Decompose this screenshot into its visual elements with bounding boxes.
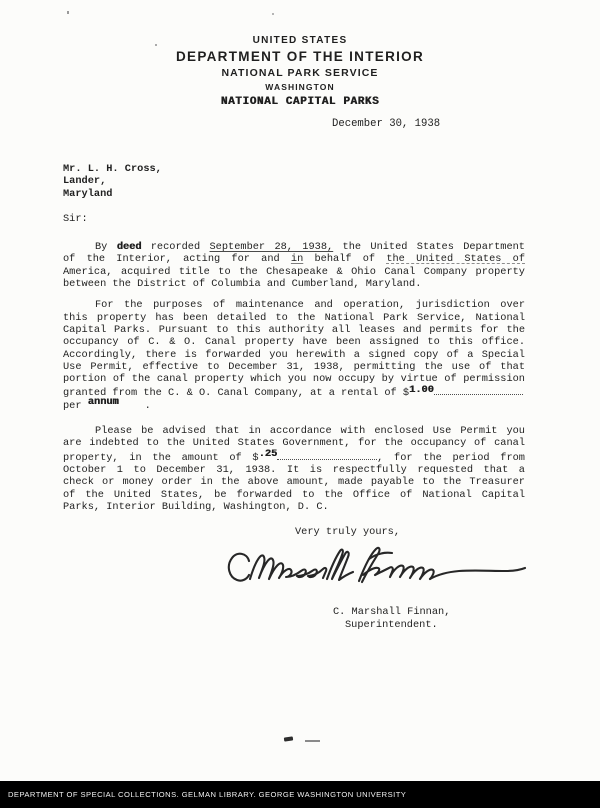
typed-line: Please be advised that in accordance wit… [63, 425, 525, 437]
typed-line-amount: property, in the amount of $.25, for the… [63, 450, 525, 464]
scan-speck [67, 11, 69, 14]
typed-line: of the Interior, acting for and in behal… [63, 253, 525, 265]
typed-line-per-annum: per annum. [63, 400, 525, 412]
raised-amount-25: .25 [259, 448, 278, 460]
text-run: , for the period from [377, 452, 525, 464]
text-run: property, in the amount of $ [63, 452, 259, 464]
typed-line: Accordingly, there is forwarded you here… [63, 349, 525, 361]
typed-line: between the District of Columbia and Cum… [63, 278, 525, 290]
text-run: per [63, 400, 88, 412]
typed-line: October 1 to December 31, 1938. It is re… [63, 464, 525, 476]
letterhead-park-service: NATIONAL PARK SERVICE [0, 67, 600, 79]
overtyped-word-deed: deed [117, 241, 142, 253]
typed-line: Use Permit, effective to December 31, 19… [63, 361, 525, 373]
pencil-marked-run: the United States of [386, 253, 525, 265]
paragraph-2: For the purposes of maintenance and oper… [63, 299, 525, 412]
letterhead-washington: WASHINGTON [0, 82, 600, 92]
recipient-state: Maryland [63, 188, 525, 200]
typed-line: check or money order in the above amount… [63, 476, 525, 488]
archive-credit-text: DEPARTMENT OF SPECIAL COLLECTIONS. GELMA… [8, 790, 406, 799]
paragraph-3: Please be advised that in accordance wit… [63, 425, 525, 513]
closing-phrase: Very truly yours, [63, 526, 525, 538]
scan-speck [272, 13, 274, 15]
recipient-block: Mr. L. H. Cross, Lander, Maryland [63, 163, 525, 200]
ink-smudge [284, 736, 293, 741]
text-run: the United States Department [333, 241, 525, 253]
text-run: recorded [141, 241, 209, 253]
paragraph-1: By deed recorded September 28, 1938, the… [63, 241, 525, 290]
handwritten-signature [223, 543, 535, 597]
salutation: Sir: [63, 213, 525, 225]
recipient-town: Lander, [63, 175, 525, 187]
typed-line: portion of the canal property which you … [63, 373, 525, 385]
dotted-leader [434, 385, 523, 395]
text-run: By [95, 241, 117, 253]
trailing-period: . [145, 400, 151, 412]
typed-line: America, acquired title to the Chesapeak… [63, 266, 525, 278]
archive-credit-bar: DEPARTMENT OF SPECIAL COLLECTIONS. GELMA… [0, 781, 600, 808]
raised-rental-amount: 1.00 [409, 384, 434, 396]
signer-block: C. Marshall Finnan, Superintendent. [333, 606, 525, 631]
typed-line: For the purposes of maintenance and oper… [63, 299, 525, 311]
underlined-date: September 28, 1938, [210, 241, 334, 253]
raised-word-annum: annum [88, 396, 119, 408]
text-run: behalf of [303, 253, 386, 265]
typed-line: occupancy of C. & O. Canal property have… [63, 336, 525, 348]
signer-name: C. Marshall Finnan, [333, 606, 525, 618]
letterhead-national-capital-parks: NATIONAL CAPITAL PARKS [0, 96, 600, 108]
date-line: December 30, 1938 [332, 118, 600, 130]
text-run: of the Interior, acting for and [63, 253, 291, 265]
letterhead: UNITED STATES DEPARTMENT OF THE INTERIOR… [0, 0, 600, 108]
dotted-leader [277, 450, 377, 460]
letterhead-department: DEPARTMENT OF THE INTERIOR [0, 49, 600, 64]
typed-line-rental: granted from the C. & O. Canal Company, … [63, 385, 525, 399]
signer-title: Superintendent. [333, 619, 525, 631]
typed-line: this property has been detailed to the N… [63, 312, 525, 324]
pencil-underlined-word: in [291, 253, 303, 265]
scan-speck [155, 44, 157, 46]
recipient-name: Mr. L. H. Cross, [63, 163, 525, 175]
letterhead-united-states: UNITED STATES [0, 35, 600, 46]
letter-page: UNITED STATES DEPARTMENT OF THE INTERIOR… [0, 0, 600, 808]
typed-line: of the United States, be forwarded to th… [63, 489, 525, 501]
typed-line: By deed recorded September 28, 1938, the… [63, 241, 525, 253]
letter-body: Mr. L. H. Cross, Lander, Maryland Sir: B… [63, 163, 525, 631]
pencil-dash-mark [305, 740, 320, 742]
typed-line: Capital Parks. Pursuant to this authorit… [63, 324, 525, 336]
typed-line: are indebted to the United States Govern… [63, 437, 525, 449]
typed-line: Parks, Interior Building, Washington, D.… [63, 501, 525, 513]
